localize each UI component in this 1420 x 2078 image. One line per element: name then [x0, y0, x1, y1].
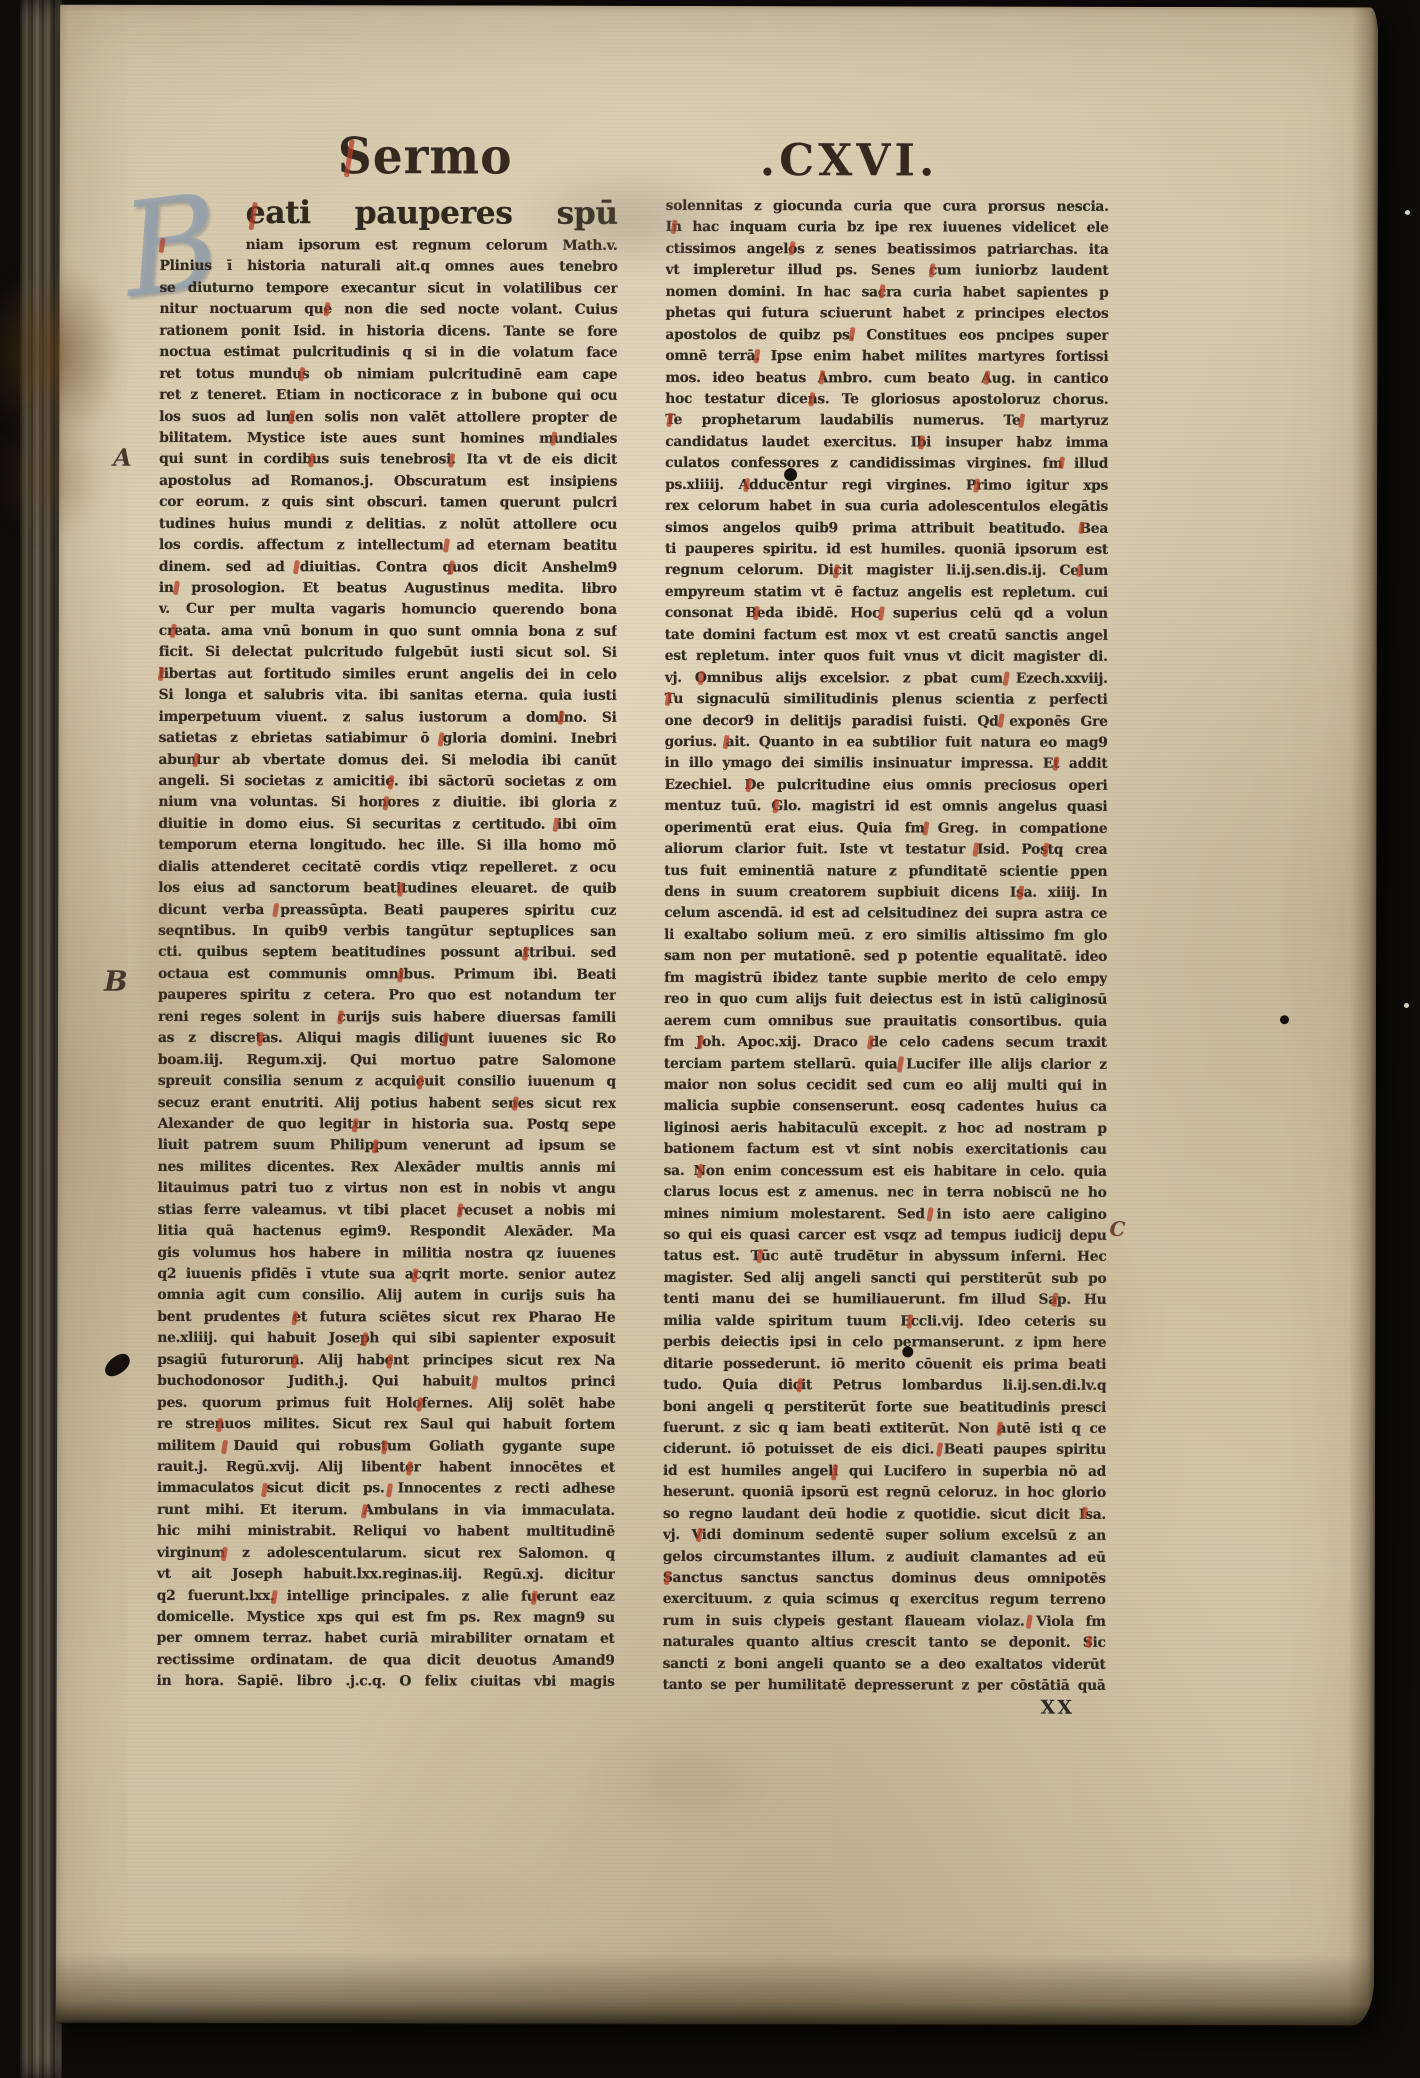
text-line: vj. Vidi dominum sedentē super solium ex… — [663, 1525, 1106, 1547]
manuscript-page: Sermo .CXVI. B eati pauperes spū quo/ ni… — [56, 5, 1378, 2026]
text-line: runt mihi. Et iterum. Ambulans in via im… — [157, 1500, 615, 1522]
text-line: tate domini factum est mox vt est creatū… — [665, 625, 1108, 647]
ink-blob — [101, 1351, 134, 1380]
text-line: fm magistrū ibidez tante supbie merito d… — [664, 968, 1107, 990]
text-column-left: eati pauperes spū quo/ niam ipsorum est … — [157, 193, 618, 1694]
text-line: pes. quorum primus fuit Holofernes. Alij… — [157, 1392, 615, 1414]
text-line: celum ascendā. id est ad celsitudinez de… — [664, 903, 1107, 925]
text-line: maior non solus cecidit sed cum eo alij … — [664, 1075, 1107, 1097]
text-line: creata. ama vnū bonum in quo sunt omnia … — [159, 621, 617, 643]
text-line: tus fuit eminentiā nature z pfunditatē s… — [664, 860, 1107, 882]
text-line: candidatus laudet exercitus. Ibi insuper… — [665, 432, 1108, 454]
text-line: octaua est communis omnibus. Primum ibi.… — [158, 964, 616, 986]
text-line: regnum celorum. Dicit magister li.ij.sen… — [665, 560, 1108, 582]
text-line: so regno laudant deū hodie z quotidie. s… — [663, 1504, 1106, 1526]
text-line: per omnem terraz. habet curiā mirabilite… — [157, 1628, 615, 1650]
text-line: buchodonosor Judith.j. Qui habuit multos… — [157, 1371, 615, 1393]
text-line: rationem ponit Isid. in historia dicens.… — [159, 321, 617, 343]
scanned-book-photo: Sermo .CXVI. B eati pauperes spū quo/ ni… — [0, 0, 1420, 2078]
dust-speck — [1404, 1003, 1409, 1008]
text-line: dinem. sed ad diuitias. Contra quos dici… — [159, 556, 617, 578]
text-line: re strenuos milites. Sicut rex Saul qui … — [157, 1414, 615, 1436]
running-title: Sermo — [338, 128, 513, 187]
text-line: id est humiles angeli qui Lucifero in su… — [663, 1461, 1106, 1483]
text-line: abuntur ab vbertate domus dei. Si melodi… — [159, 749, 617, 771]
text-line: litia quā hactenus egim9. Respondit Alex… — [158, 1221, 616, 1243]
folio-number: .CXVI. — [760, 135, 939, 186]
text-line: phetas qui futura sciuerunt habet z prin… — [665, 303, 1108, 325]
text-line: nomen domini. In hac sacra curia habet s… — [665, 282, 1108, 304]
text-line: in hora. Sapiē. libro .j.c.q. O felix ci… — [157, 1671, 615, 1693]
text-line: heserunt. quoniā ipsorū est regnū celoru… — [663, 1482, 1106, 1504]
text-line: seqntibus. In quib9 verbis tangūtur sept… — [158, 921, 616, 943]
text-line: se diuturno tempore execantur sicut in v… — [159, 278, 617, 300]
text-column-right: solennitas z giocunda curia que cura pro… — [663, 196, 1109, 1698]
text-line: los suos ad lumen solis non valēt attoll… — [159, 406, 617, 428]
text-line: simos angelos quib9 prima attribuit beat… — [665, 517, 1108, 539]
text-line: noctua estimat pulcritudinis q si in die… — [159, 342, 617, 364]
text-line: stias ferre valeamus. vt tibi placet rec… — [158, 1200, 616, 1222]
text-line: bent prudentes et futura sciētes sicut r… — [157, 1307, 615, 1329]
text-line: Ezechiel. De pulcritudine eius omnis pre… — [664, 775, 1107, 797]
parchment-stain — [510, 161, 750, 277]
text-line: rectissime ordinatam. de qua dicit deuot… — [157, 1650, 615, 1672]
quire-signature: XX — [1041, 1697, 1075, 1719]
text-line: Te prophetarum laudabilis numerus. Te ma… — [665, 410, 1108, 432]
text-line: v. Cur per multa vagaris homuncio queren… — [159, 599, 617, 621]
right-column-body: solennitas z giocunda curia que cura pro… — [663, 196, 1109, 1698]
text-line: litauimus patri tuo z virtus non est in … — [158, 1178, 616, 1200]
text-line: culatos confessores z candidissimas virg… — [665, 453, 1108, 475]
text-line: one decor9 in delitijs paradisi fuisti. … — [665, 710, 1108, 732]
text-line: aerem cum omnibus sue prauitatis consort… — [664, 1011, 1107, 1033]
text-line: los eius ad sanctorum beatitudines eleua… — [158, 878, 616, 900]
text-line: naturales quanto altius crescit tanto se… — [663, 1632, 1106, 1654]
text-line: ficit. Si delectat pulcritudo fulgebūt i… — [159, 642, 617, 664]
text-line: terciam partem stellarū. quia Lucifer il… — [664, 1053, 1107, 1075]
text-line: satietas z ebrietas satiabimur ō gloria … — [159, 728, 617, 750]
text-line: liuit patrem suum Philippum venerunt ad … — [158, 1135, 616, 1157]
text-line: hoc testatur dicens. Te gloriosus aposto… — [665, 389, 1108, 411]
text-line: q2 iuuenis pfidēs ī vtute sua acqrit mor… — [157, 1264, 615, 1286]
margin-annotations: ABC — [60, 5, 1378, 8]
text-line: vt ait Joseph habuit.lxx.reginas.iij. Re… — [157, 1564, 615, 1586]
text-line: clarus locus est z amenus. nec in terra … — [664, 1182, 1107, 1204]
text-line: fm Joh. Apoc.xij. Draco de celo cadens s… — [664, 1032, 1107, 1054]
page-decorations — [60, 5, 1378, 8]
text-line: pauperes spiritu z cetera. Pro quo est n… — [158, 985, 616, 1007]
text-line: rex celorum habet in sua curia adolescen… — [665, 496, 1108, 518]
parchment-stain — [576, 1721, 786, 1836]
text-line: ret totus mundus ob nimiam pulcritudinē … — [159, 363, 617, 385]
text-line: vj. Omnibus alijs excelsior. z pbat cum … — [665, 668, 1108, 690]
text-line: tanto se per humilitatē depresserunt z p… — [663, 1675, 1106, 1697]
text-line: in illo ymago dei similis insinuatur imp… — [665, 753, 1108, 775]
text-line: in prosologion. Et beatus Augustinus med… — [159, 578, 617, 600]
text-line: gorius. ait. Quanto in ea subtilior fuit… — [665, 732, 1108, 754]
text-line: ti pauperes spiritu. id est humiles. quo… — [665, 539, 1108, 561]
text-line: ne.xliiij. qui habuit Joseph qui sibi sa… — [157, 1328, 615, 1350]
text-line: empyreum statim vt ē factuz angelis est … — [665, 582, 1108, 604]
text-line: apostolos de quibz ps. Constitues eos pn… — [665, 325, 1108, 347]
text-line: sancti z boni angeli quanto se a deo exa… — [663, 1654, 1106, 1676]
text-line: Alexander de quo legitur in historia sua… — [158, 1114, 616, 1136]
text-line: ps.xliiij. Adducentur regi virgines. Pri… — [665, 475, 1108, 497]
text-line: Tu signaculū similitudinis plenus scient… — [665, 689, 1108, 711]
text-line: as z discretas. Aliqui magis diligunt iu… — [158, 1028, 616, 1050]
text-line: bationem factum est vt sint nobis exerci… — [664, 1139, 1107, 1161]
text-line: dicunt verba preassūpta. Beati pauperes … — [158, 899, 616, 921]
text-line: exercituum. z quia scimus q exercitus re… — [663, 1589, 1106, 1611]
text-line: cti. quibus septem beatitudines possunt … — [158, 942, 616, 964]
text-line: malicia supbie consenserunt. eosq cadent… — [664, 1096, 1107, 1118]
text-line: Si longa et salubris vita. ibi sanitas e… — [159, 685, 617, 707]
parchment-stain — [281, 1850, 551, 1956]
left-column-body: Plinius ī historia naturali ait.q omnes … — [157, 256, 618, 1693]
text-line: ret z teneret. Etiam in nocticorace z in… — [159, 385, 617, 407]
text-line: est repletum. inter quos fuit vnus vt di… — [665, 646, 1108, 668]
text-line: liginosi aeris habitaculū excepit. z hoc… — [664, 1118, 1107, 1140]
text-line: q2 fuerunt.lxx. intellige principales. z… — [157, 1585, 615, 1607]
text-line: reo in quo cum alijs fuit deiectus est i… — [664, 989, 1107, 1011]
parchment-stain — [992, 1192, 1163, 1462]
ink-dot — [784, 468, 797, 481]
text-line: consonat Beda ibidē. Hoc superius celū q… — [665, 603, 1108, 625]
text-line: mentuz tuū. Glo. magistri id est omnis a… — [664, 796, 1107, 818]
text-line: nitur noctuarum que non die sed nocte vo… — [159, 299, 617, 321]
margin-letter: B — [104, 965, 128, 998]
text-line: spreuit consilia senum z acquieuit consi… — [158, 1071, 616, 1093]
text-line: tudines huius mundi z delitias. z nolūt … — [159, 514, 617, 536]
text-line: gis volumus hos habere in militia nostra… — [157, 1242, 615, 1264]
margin-letter: A — [113, 443, 132, 472]
text-line: secuz erant enutriti. Alij potius habent… — [158, 1092, 616, 1114]
text-line: rum in suis clypeis gestant flaueam viol… — [663, 1611, 1106, 1633]
text-line: reni reges solent in curijs suis habere … — [158, 1007, 616, 1029]
text-line: bilitatem. Mystice iste aues sunt homine… — [159, 428, 617, 450]
text-line: li exaltabo solium meū. z ero similis al… — [664, 925, 1107, 947]
ink-dot — [902, 1346, 913, 1357]
text-line: imperpetuum viuent. z salus iustorum a d… — [159, 706, 617, 728]
text-line: libertas aut fortitudo similes erunt ang… — [159, 664, 617, 686]
text-line: domicelle. Mystice xps qui est fm ps. Re… — [157, 1607, 615, 1629]
text-line: omnē terrā. Ipse enim habet milites mart… — [665, 346, 1108, 368]
text-line: los cordis. affectum z intellectum ad et… — [159, 535, 617, 557]
text-line: boam.iij. Regum.xij. Qui mortuo patre Sa… — [158, 1049, 616, 1071]
text-line: hic mihi ministrabit. Reliqui vo habent … — [157, 1521, 615, 1543]
text-line: omnia agit cum consilio. Alij autem in c… — [157, 1285, 615, 1307]
text-line: sam non per mutationē. sed p potentie eq… — [664, 946, 1107, 968]
text-line: vt impleretur illud ps. Senes cum iunior… — [666, 260, 1109, 282]
text-line: cor eorum. z quis sint obscuri. tamen qu… — [159, 492, 617, 514]
text-line: dialis attenderet cecitatē cordis vtiqz … — [158, 857, 616, 879]
text-line: sa. Non enim concessum est eis habitare … — [664, 1161, 1107, 1183]
ink-dot — [1280, 1015, 1289, 1024]
text-line: nes milites dicentes. Rex Alexāder multi… — [158, 1157, 616, 1179]
dust-speck — [1405, 210, 1410, 215]
text-line: rauit.j. Regū.xvij. Alij libenter habent… — [157, 1457, 615, 1479]
text-line: qui sunt in cordibus suis tenebrosi. Ita… — [159, 449, 617, 471]
text-line: operimentū erat eius. Quia fm Greg. in c… — [664, 818, 1107, 840]
text-line: temporum eterna longitudo. hec ille. Si … — [158, 835, 616, 857]
text-line: aliorum clarior fuit. Iste vt testatur I… — [664, 839, 1107, 861]
text-line: mos. ideo beatus Ambro. cum beato Aug. i… — [665, 367, 1108, 389]
text-line: gelos circumstantes illum. z audiuit cla… — [663, 1546, 1106, 1568]
text-line: apostolus ad Romanos.j. Obscuratum est i… — [159, 471, 617, 493]
text-line: Sanctus sanctus sanctus dominus deus omn… — [663, 1568, 1106, 1590]
text-line: diuitie in domo eius. Si securitas z cer… — [158, 814, 616, 836]
text-line: dens in suum creatorem supbiuit dicens I… — [664, 882, 1107, 904]
